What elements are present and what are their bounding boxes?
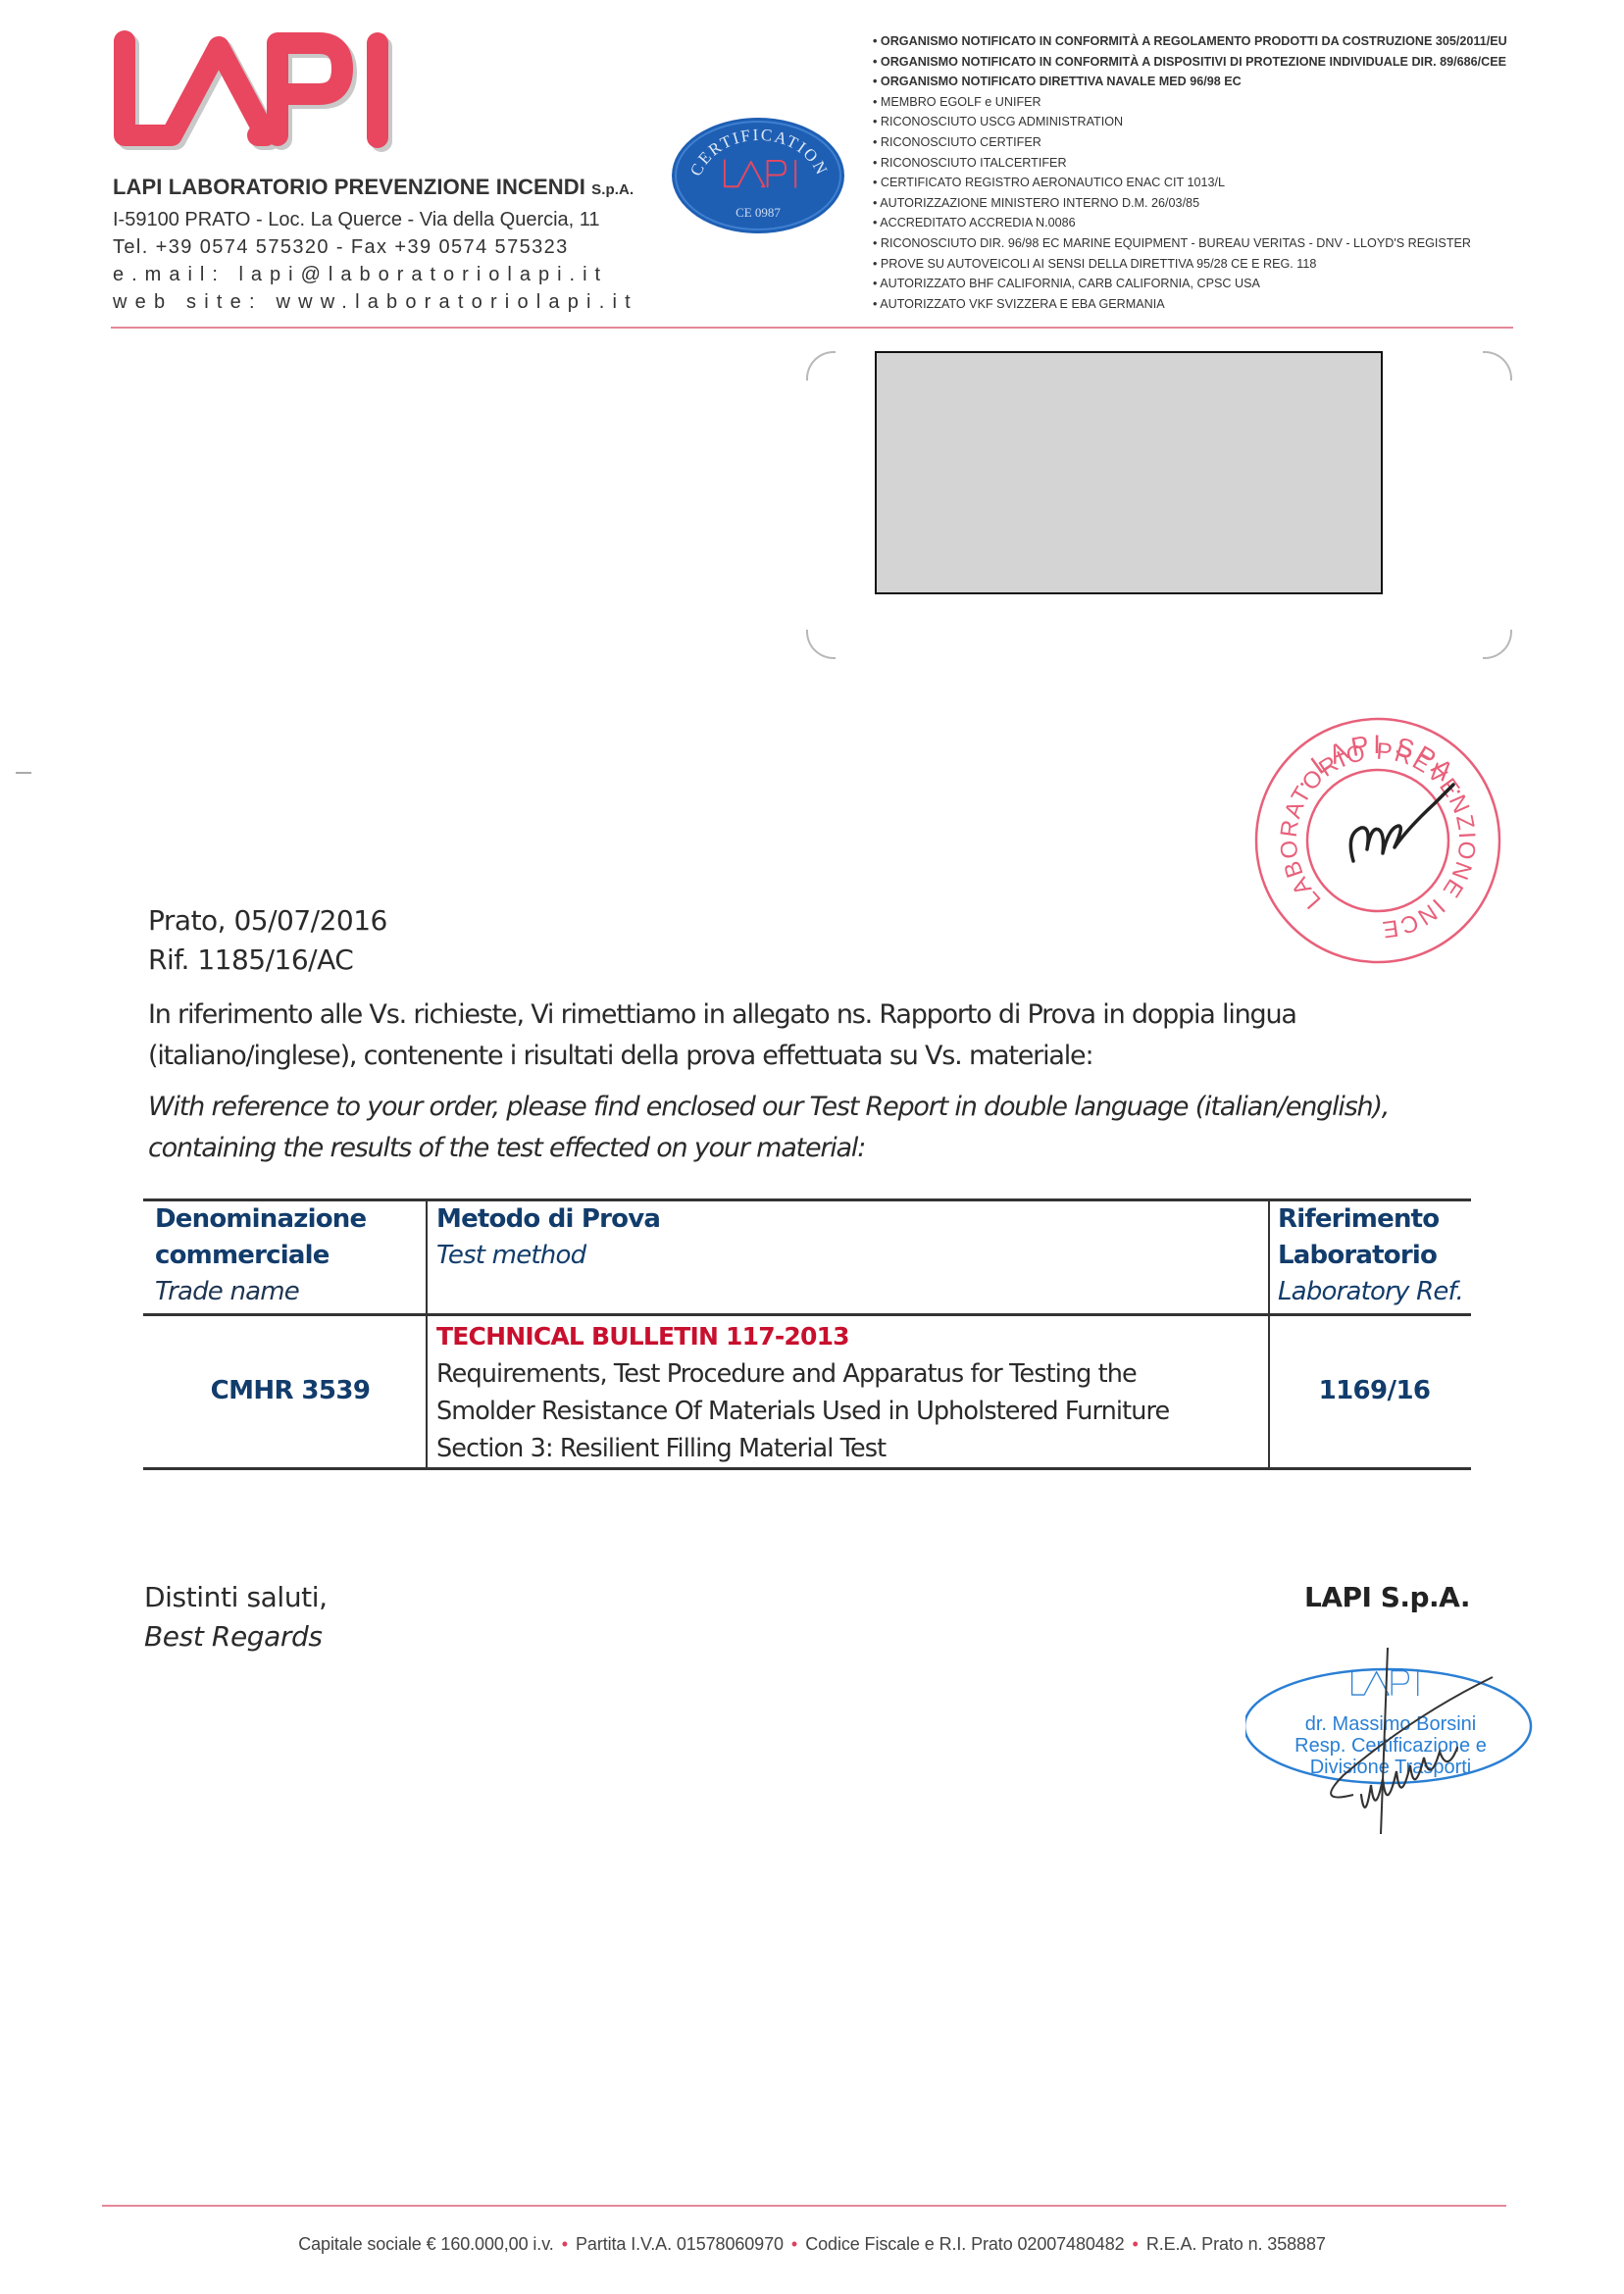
header-test-method: Metodo di Prova Test method — [427, 1200, 1269, 1315]
accreditation-item: • AUTORIZZATO VKF SVIZZERA E EBA GERMANI… — [873, 294, 1540, 315]
table-row: CMHR 3539 TECHNICAL BULLETIN 117-2013 Re… — [143, 1315, 1471, 1469]
test-report-table: Denominazione commerciale Trade name Met… — [143, 1198, 1471, 1470]
company-name: LAPI LABORATORIO PREVENZIONE INCENDI S.p… — [113, 175, 662, 200]
accreditation-item: • AUTORIZZATO BHF CALIFORNIA, CARB CALIF… — [873, 274, 1540, 294]
svg-text:Divisione Trasporti: Divisione Trasporti — [1310, 1757, 1472, 1778]
window-corner-mark — [1483, 351, 1512, 381]
header-lab-ref: Riferimento Laboratorio Laboratory Ref. — [1269, 1200, 1471, 1315]
accreditation-item: • ACCREDITATO ACCREDIA N.0086 — [873, 213, 1540, 233]
certification-badge-icon: CERTIFICATION CE 0987 — [670, 116, 846, 235]
header-divider — [111, 327, 1513, 329]
fold-mark — [16, 772, 31, 774]
letter-reference: Rif. 1185/16/AC — [148, 943, 353, 976]
signer-company: LAPI S.p.A. — [1304, 1581, 1470, 1613]
closing-greeting-english: Best Regards — [144, 1620, 323, 1653]
company-address: I-59100 PRATO - Loc. La Querce - Via del… — [113, 206, 662, 233]
cell-test-method: TECHNICAL BULLETIN 117-2013 Requirements… — [427, 1315, 1269, 1469]
method-standard-title: TECHNICAL BULLETIN 117-2013 — [436, 1316, 1268, 1355]
window-corner-mark — [806, 630, 836, 659]
accreditation-item: • RICONOSCIUTO ITALCERTIFER — [873, 153, 1540, 174]
accreditation-item: • AUTORIZZAZIONE MINISTERO INTERNO D.M. … — [873, 193, 1540, 214]
accreditation-item: • RICONOSCIUTO DIR. 96/98 EC MARINE EQUI… — [873, 233, 1540, 254]
company-email[interactable]: e.mail: lapi@laboratoriolapi.it — [113, 261, 662, 288]
table-header-row: Denominazione commerciale Trade name Met… — [143, 1200, 1471, 1315]
cell-lab-ref: 1169/16 — [1269, 1315, 1471, 1469]
accreditation-item: • PROVE SU AUTOVEICOLI AI SENSI DELLA DI… — [873, 254, 1540, 275]
company-website[interactable]: web site: www.laboratoriolapi.it — [113, 288, 662, 316]
signature-stamp-icon: dr. Massimo Borsini Resp. Certificazione… — [1245, 1648, 1569, 1844]
header-trade-name: Denominazione commerciale Trade name — [143, 1200, 427, 1315]
redacted-recipient-address — [875, 351, 1383, 594]
accreditation-item: • MEMBRO EGOLF e UNIFER — [873, 92, 1540, 113]
svg-text:CE 0987: CE 0987 — [736, 205, 781, 220]
svg-text:dr. Massimo Borsini: dr. Massimo Borsini — [1305, 1713, 1477, 1735]
accreditation-item: • ORGANISMO NOTIFICATO DIRETTIVA NAVALE … — [873, 72, 1540, 92]
footer-divider — [102, 2205, 1506, 2207]
accreditation-item: • CERTIFICATO REGISTRO AERONAUTICO ENAC … — [873, 173, 1540, 193]
closing-greeting-italian: Distinti saluti, — [144, 1581, 328, 1613]
accreditation-item: • ORGANISMO NOTIFICATO IN CONFORMITÀ A D… — [873, 52, 1540, 73]
company-seal-stamp-icon: · LAPI SPA · LABORATORIO PREVENZIONE INC… — [1251, 714, 1504, 967]
letter-date: Prato, 05/07/2016 — [148, 904, 387, 937]
intro-paragraph-italian: In riferimento alle Vs. richieste, Vi ri… — [148, 994, 1501, 1077]
window-corner-mark — [1483, 630, 1512, 659]
company-legal-footer: Capitale sociale € 160.000,00 i.v.•Parti… — [0, 2234, 1624, 2255]
cell-trade-name: CMHR 3539 — [143, 1315, 427, 1469]
accreditation-list: • ORGANISMO NOTIFICATO IN CONFORMITÀ A R… — [873, 31, 1540, 314]
accreditation-item: • ORGANISMO NOTIFICATO IN CONFORMITÀ A R… — [873, 31, 1540, 52]
lapi-logo-icon — [111, 29, 395, 152]
intro-paragraph-english: With reference to your order, please fin… — [148, 1087, 1501, 1169]
window-corner-mark — [806, 351, 836, 381]
company-info: LAPI LABORATORIO PREVENZIONE INCENDI S.p… — [113, 175, 662, 316]
company-phone-fax: Tel. +39 0574 575320 - Fax +39 0574 5753… — [113, 233, 662, 261]
accreditation-item: • RICONOSCIUTO USCG ADMINISTRATION — [873, 112, 1540, 132]
accreditation-item: • RICONOSCIUTO CERTIFER — [873, 132, 1540, 153]
